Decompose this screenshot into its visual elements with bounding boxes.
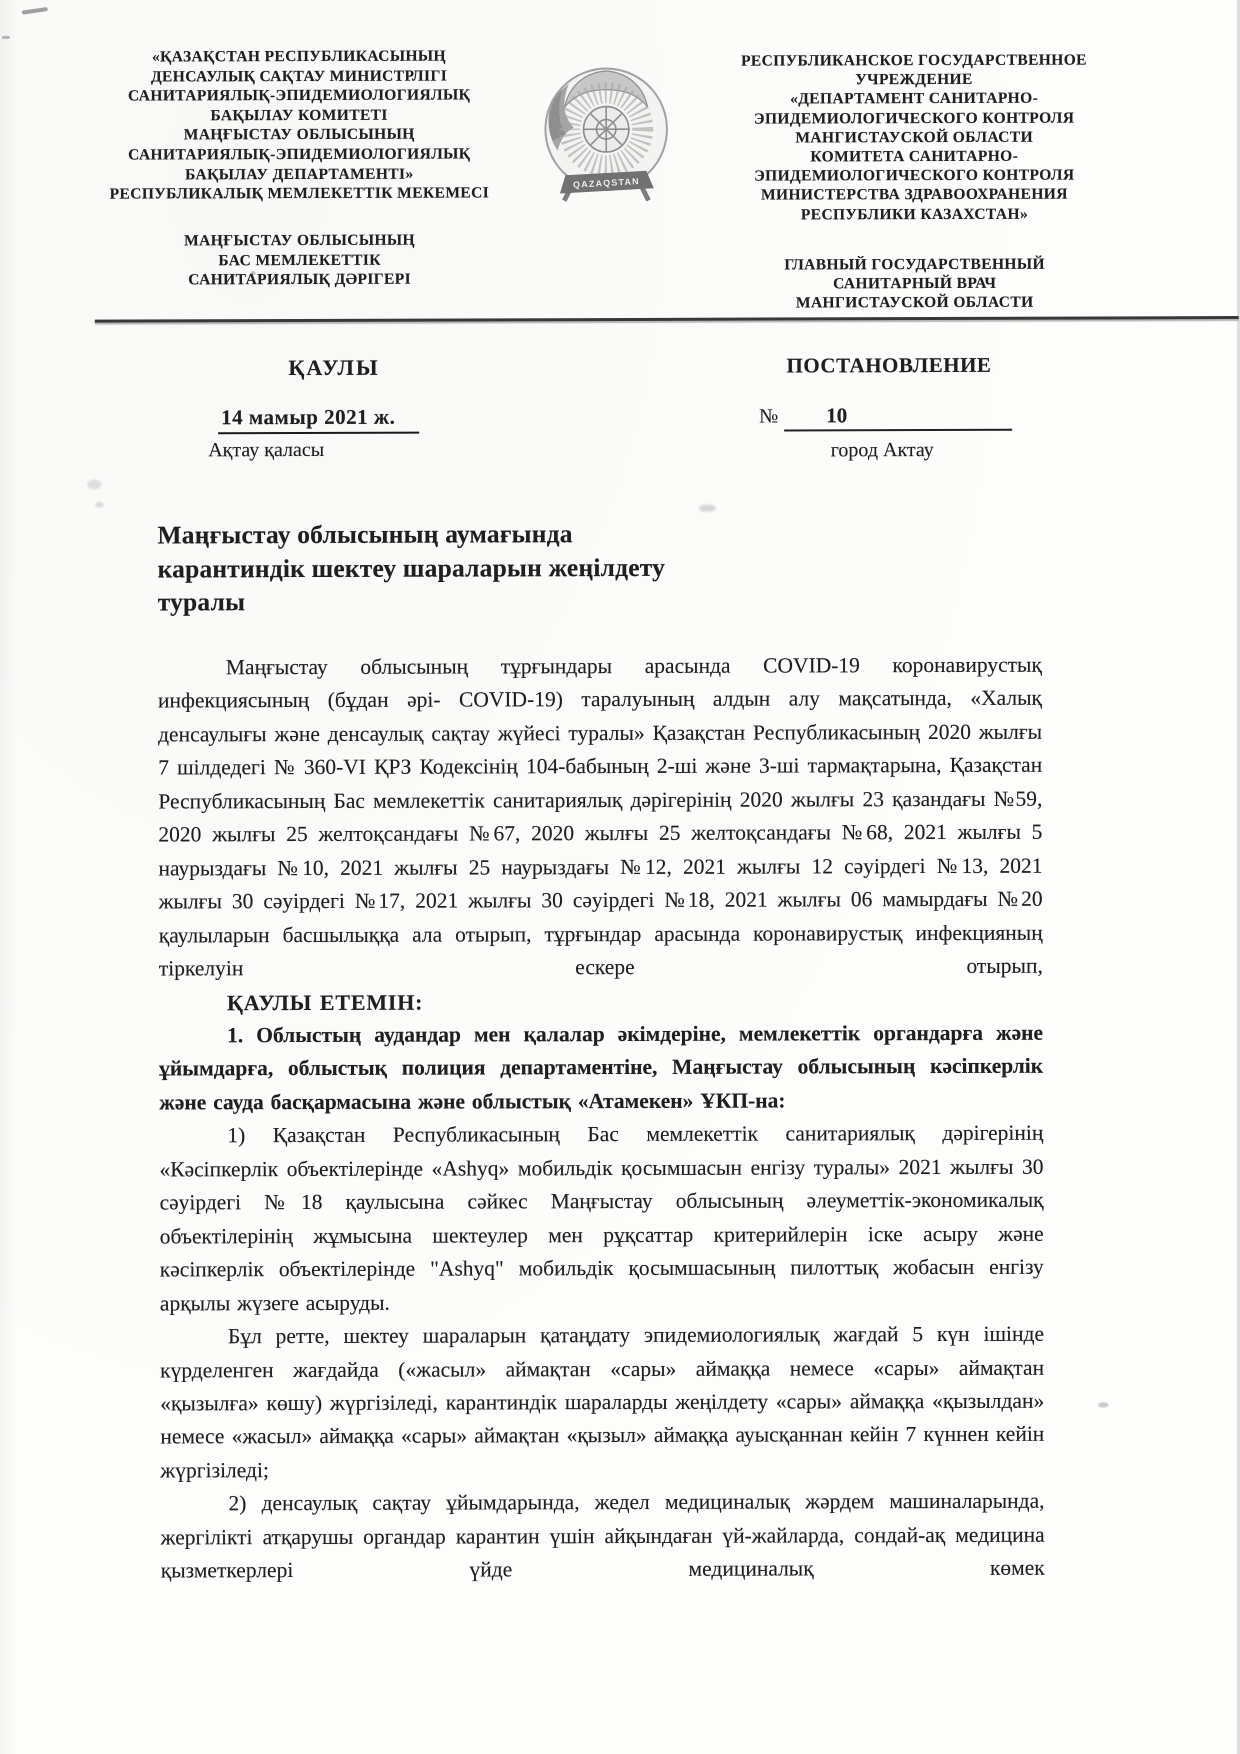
resolve-heading: ҚАУЛЫ ЕТЕМІН:: [159, 983, 1043, 1019]
act-number-value: 10: [784, 403, 1012, 432]
scan-speck: [251, 271, 256, 275]
official-title-kazakh: МАҢҒЫСТАУ ОБЛЫСЫНЫҢ БАС МЕМЛЕКЕТТІК САНИ…: [107, 230, 493, 290]
act-type-kazakh: ҚАУЛЫ: [249, 355, 419, 382]
scan-smudge: [87, 480, 101, 490]
document-body: Маңғыстау облысының тұрғындары арасында …: [158, 649, 1045, 1588]
scan-smudge: [699, 505, 715, 512]
scan-speck: [2, 36, 10, 39]
scan-smudge: [1098, 1402, 1108, 1407]
item-1-1-paragraph: 1) Қазақстан Республикасының Бас мемлеке…: [159, 1117, 1044, 1320]
note-paragraph: Бұл ретте, шектеу шараларын қатаңдату эп…: [160, 1318, 1045, 1488]
act-type-russian: ПОСТАНОВЛЕНИЕ: [779, 353, 999, 379]
act-date: 14 мамыр 2021 ж.: [218, 405, 419, 435]
scanned-document-page: «ҚАЗАҚСТАН РЕСПУБЛИКАСЫНЫҢ ДЕНСАУЛЫҚ САҚ…: [0, 0, 1240, 1754]
document-sheet: «ҚАЗАҚСТАН РЕСПУБЛИКАСЫНЫҢ ДЕНСАУЛЫҚ САҚ…: [0, 0, 1240, 1754]
act-place-russian: город Актау: [777, 439, 987, 463]
act-number-sign: №: [759, 406, 778, 428]
org-name-kazakh: «ҚАЗАҚСТАН РЕСПУБЛИКАСЫНЫҢ ДЕНСАУЛЫҚ САҚ…: [106, 46, 492, 204]
item-1-2-paragraph: 2) денсаулық сақтау ұйымдарында, жедел м…: [160, 1485, 1044, 1588]
org-name-russian: РЕСПУБЛИКАНСКОЕ ГОСУДАРСТВЕННОЕ УЧРЕЖДЕН…: [688, 50, 1141, 224]
header-divider-line: [95, 316, 1239, 323]
scan-speck: [22, 7, 48, 15]
act-place-kazakh: Ақтау қаласы: [208, 439, 324, 462]
official-title-russian: ГЛАВНЫЙ ГОСУДАРСТВЕННЫЙ САНИТАРНЫЙ ВРАЧ …: [689, 254, 1141, 313]
item-1-paragraph: 1. Облыстың аудандар мен қалалар әкімдер…: [159, 1017, 1043, 1120]
preamble-paragraph: Маңғыстау облысының тұрғындары арасында …: [158, 649, 1043, 986]
act-number-row: №10: [759, 403, 1012, 432]
kazakhstan-state-emblem-icon: QAZAQSTAN: [525, 50, 688, 216]
scan-smudge: [95, 502, 103, 508]
document-title: Маңғыстау облысының аумағында карантинді…: [157, 517, 757, 619]
